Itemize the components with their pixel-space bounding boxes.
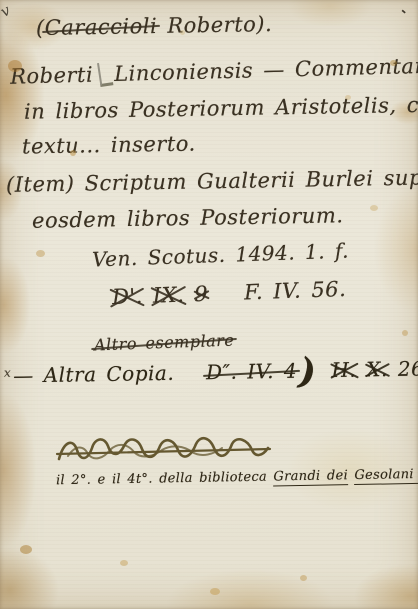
copy-label: Altra Copia.: [43, 361, 174, 387]
note-underlined-2: Gesolani –: [354, 467, 418, 485]
struck-author-name: Caraccioli: [45, 14, 158, 40]
item-line-1: (Item) Scriptum Gualterii Burlei super: [6, 165, 418, 197]
current-shelfmark: F. IV. 56.: [244, 277, 347, 305]
note-underlined-1: Grandi dei: [273, 468, 348, 486]
top-right-tick-mark: -: [396, 4, 410, 19]
old-shelfmark-part-3: 9: [194, 282, 209, 306]
margin-x-mark: x: [4, 366, 12, 380]
pencil-corner-mark: v: [0, 1, 13, 21]
struck-old-copy-shelfmark: D″. IV. 4: [206, 359, 297, 385]
title-line-1: RobertiLinconiensis — Commentaria: [10, 48, 418, 88]
copy-mark-c: 26.: [398, 356, 418, 381]
manuscript-catalog-slip: v - (Caraccioli Roberto). RobertiLinconi…: [0, 0, 418, 609]
copy-mark-a: H.: [331, 358, 356, 382]
title-author: Roberti: [10, 63, 94, 89]
imprint-line: Ven. Scotus. 1494. 1. f.: [92, 239, 350, 272]
foxing-spot: [20, 545, 32, 554]
pencil-insertion-mark: [97, 61, 113, 87]
shelfmark-line: D'.IX.9F. IV. 56.: [112, 277, 347, 309]
foxing-spot: [120, 560, 128, 566]
heading-rest: Roberto).: [157, 12, 272, 38]
copy-dash: —: [13, 363, 34, 387]
paren-flourish: ): [299, 370, 316, 375]
copy-mark-b: X.: [366, 357, 388, 381]
foxing-spot: [300, 575, 307, 581]
note-start: il 2°. e il 4t°. della biblioteca: [56, 469, 274, 488]
old-shelfmark-part-2: IX.: [152, 283, 184, 308]
foxing-spot: [370, 205, 378, 211]
foxing-spot: [36, 250, 45, 257]
foxing-spot: [210, 588, 220, 595]
foxing-spot: [402, 330, 408, 336]
cancelled-scrawl-strokes: [54, 432, 274, 474]
heading-open-paren: (: [36, 16, 45, 40]
item-line-2: eosdem libros Posteriorum.: [32, 203, 344, 232]
old-shelfmark-part-1: D'.: [112, 284, 144, 309]
copy-line: x— Altra Copia. D″. IV. 4) H.X.26.: [4, 356, 418, 387]
struck-copy-note: Altro esemplare: [94, 331, 235, 355]
title-line-3: textu... inserto.: [22, 131, 196, 158]
heading-line: (Caraccioli Roberto).: [36, 12, 273, 40]
title-author-rest: Linconiensis — Commentaria: [114, 53, 418, 86]
struck-copy-note-text: Altro esemplare: [94, 331, 235, 355]
title-line-2: in libros Posteriorum Aristotelis, cum: [24, 92, 418, 123]
